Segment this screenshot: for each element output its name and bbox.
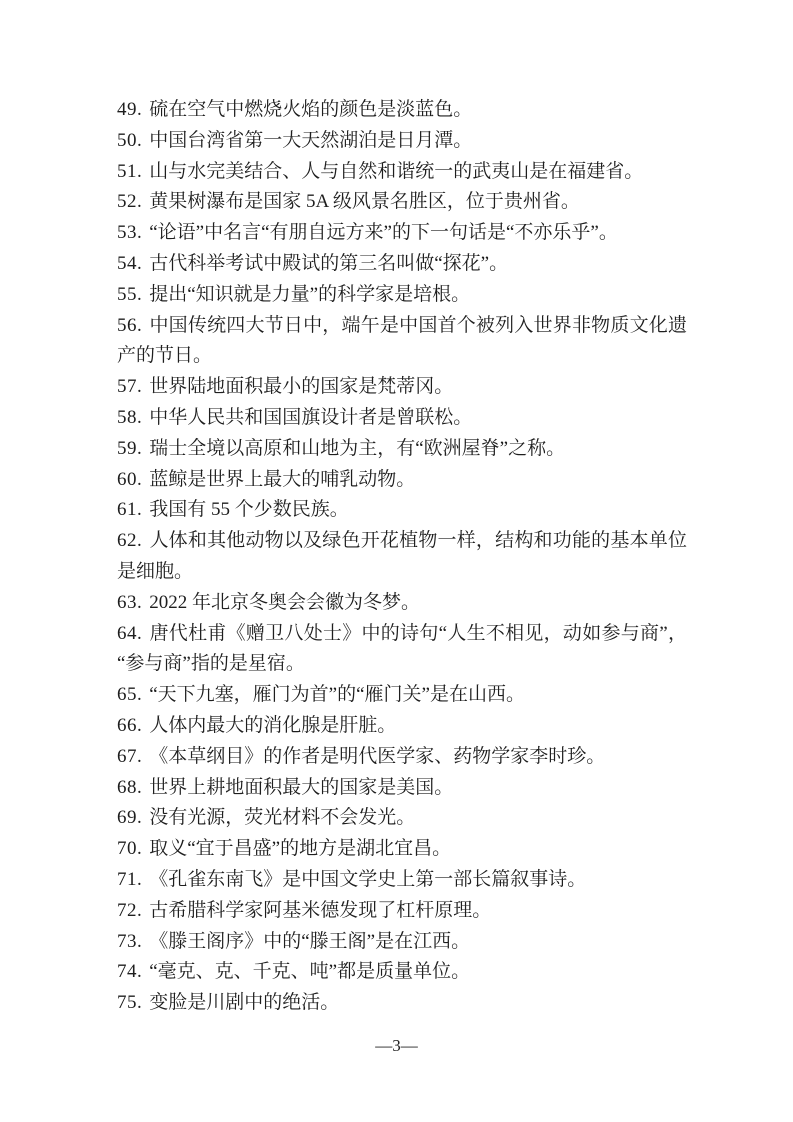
item-number: 49. (117, 99, 142, 120)
item-text: 中国台湾省第一大天然湖泊是日月潭。 (149, 130, 472, 151)
list-item: 50.中国台湾省第一大天然湖泊是日月潭。 (117, 126, 687, 157)
list-item: 75.变脸是川剧中的绝活。 (117, 988, 687, 1019)
item-text: 古代科举考试中殿试的第三名叫做“探花”。 (149, 253, 508, 274)
item-text: 山与水完美结合、人与自然和谐统一的武夷山是在福建省。 (149, 161, 643, 182)
list-item: 70.取义“宜于昌盛”的地方是湖北宜昌。 (117, 834, 687, 865)
item-number: 74. (117, 961, 142, 982)
list-item: 64.唐代杜甫《赠卫八处士》中的诗句“人生不相见，动如参与商”，“参与商”指的是… (117, 619, 687, 681)
list-item: 57.世界陆地面积最小的国家是梵蒂冈。 (117, 372, 687, 403)
list-item: 74.“毫克、克、千克、吨”都是质量单位。 (117, 957, 687, 988)
item-number: 55. (117, 284, 142, 305)
item-number: 65. (117, 684, 142, 705)
item-text: 人体和其他动物以及绿色开花植物一样，结构和功能的基本单位是细胞。 (117, 530, 687, 582)
item-number: 60. (117, 469, 142, 490)
item-text: 世界陆地面积最小的国家是梵蒂冈。 (149, 376, 453, 397)
item-text: 人体内最大的消化腺是肝脏。 (149, 715, 396, 736)
item-text: 《本草纲目》的作者是明代医学家、药物学家李时珍。 (149, 746, 605, 767)
item-number: 70. (117, 838, 142, 859)
list-item: 63.2022 年北京冬奥会会徽为冬梦。 (117, 588, 687, 619)
list-item: 73.《滕王阁序》中的“滕王阁”是在江西。 (117, 927, 687, 958)
item-number: 52. (117, 191, 142, 212)
list-item: 71.《孔雀东南飞》是中国文学史上第一部长篇叙事诗。 (117, 865, 687, 896)
item-text: “论语”中名言“有朋自远方来”的下一句话是“不亦乐乎”。 (149, 222, 618, 243)
page-number: —3— (0, 1036, 793, 1056)
list-item: 56.中国传统四大节日中，端午是中国首个被列入世界非物质文化遗产的节日。 (117, 311, 687, 373)
item-text: “毫克、克、千克、吨”都是质量单位。 (149, 961, 470, 982)
item-number: 53. (117, 222, 142, 243)
item-number: 69. (117, 807, 142, 828)
item-number: 75. (117, 992, 142, 1013)
item-number: 68. (117, 777, 142, 798)
item-text: 唐代杜甫《赠卫八处士》中的诗句“人生不相见，动如参与商”，“参与商”指的是星宿。 (117, 623, 687, 675)
item-text: 中华人民共和国国旗设计者是曾联松。 (149, 407, 472, 428)
list-item: 60.蓝鲸是世界上最大的哺乳动物。 (117, 465, 687, 496)
item-number: 51. (117, 161, 142, 182)
list-item: 61.我国有 55 个少数民族。 (117, 495, 687, 526)
item-number: 66. (117, 715, 142, 736)
item-text: 蓝鲸是世界上最大的哺乳动物。 (149, 469, 415, 490)
item-number: 67. (117, 746, 142, 767)
item-number: 56. (117, 315, 142, 336)
item-text: 《孔雀东南飞》是中国文学史上第一部长篇叙事诗。 (149, 869, 586, 890)
item-text: 世界上耕地面积最大的国家是美国。 (149, 777, 453, 798)
list-item: 58.中华人民共和国国旗设计者是曾联松。 (117, 403, 687, 434)
list-item: 52.黄果树瀑布是国家 5A 级风景名胜区，位于贵州省。 (117, 187, 687, 218)
item-number: 62. (117, 530, 142, 551)
item-text: 《滕王阁序》中的“滕王阁”是在江西。 (149, 931, 470, 952)
item-text: “天下九塞，雁门为首”的“雁门关”是在山西。 (149, 684, 525, 705)
list-item: 59.瑞士全境以高原和山地为主，有“欧洲屋脊”之称。 (117, 434, 687, 465)
item-text: 中国传统四大节日中，端午是中国首个被列入世界非物质文化遗产的节日。 (117, 315, 687, 367)
item-text: 2022 年北京冬奥会会徽为冬梦。 (149, 592, 420, 613)
item-number: 64. (117, 623, 142, 644)
quiz-item-list: 49.硫在空气中燃烧火焰的颜色是淡蓝色。 50.中国台湾省第一大天然湖泊是日月潭… (117, 95, 687, 1019)
item-number: 73. (117, 931, 142, 952)
item-number: 54. (117, 253, 142, 274)
list-item: 51.山与水完美结合、人与自然和谐统一的武夷山是在福建省。 (117, 157, 687, 188)
item-text: 古希腊科学家阿基米德发现了杠杆原理。 (149, 900, 491, 921)
list-item: 65.“天下九塞，雁门为首”的“雁门关”是在山西。 (117, 680, 687, 711)
item-text: 没有光源，荧光材料不会发光。 (149, 807, 415, 828)
item-number: 57. (117, 376, 142, 397)
document-page: 49.硫在空气中燃烧火焰的颜色是淡蓝色。 50.中国台湾省第一大天然湖泊是日月潭… (0, 0, 793, 1122)
item-text: 我国有 55 个少数民族。 (149, 499, 349, 520)
list-item: 68.世界上耕地面积最大的国家是美国。 (117, 773, 687, 804)
list-item: 69.没有光源，荧光材料不会发光。 (117, 803, 687, 834)
list-item: 53.“论语”中名言“有朋自远方来”的下一句话是“不亦乐乎”。 (117, 218, 687, 249)
item-number: 50. (117, 130, 142, 151)
item-number: 61. (117, 499, 142, 520)
list-item: 49.硫在空气中燃烧火焰的颜色是淡蓝色。 (117, 95, 687, 126)
item-text: 取义“宜于昌盛”的地方是湖北宜昌。 (149, 838, 451, 859)
item-number: 72. (117, 900, 142, 921)
list-item: 62.人体和其他动物以及绿色开花植物一样，结构和功能的基本单位是细胞。 (117, 526, 687, 588)
item-number: 63. (117, 592, 142, 613)
item-number: 71. (117, 869, 142, 890)
item-text: 硫在空气中燃烧火焰的颜色是淡蓝色。 (149, 99, 472, 120)
list-item: 54.古代科举考试中殿试的第三名叫做“探花”。 (117, 249, 687, 280)
list-item: 66.人体内最大的消化腺是肝脏。 (117, 711, 687, 742)
item-number: 58. (117, 407, 142, 428)
list-item: 67.《本草纲目》的作者是明代医学家、药物学家李时珍。 (117, 742, 687, 773)
item-text: 瑞士全境以高原和山地为主，有“欧洲屋脊”之称。 (149, 438, 565, 459)
list-item: 72.古希腊科学家阿基米德发现了杠杆原理。 (117, 896, 687, 927)
item-text: 提出“知识就是力量”的科学家是培根。 (149, 284, 470, 305)
item-number: 59. (117, 438, 142, 459)
item-text: 黄果树瀑布是国家 5A 级风景名胜区，位于贵州省。 (149, 191, 580, 212)
item-text: 变脸是川剧中的绝活。 (149, 992, 339, 1013)
list-item: 55.提出“知识就是力量”的科学家是培根。 (117, 280, 687, 311)
